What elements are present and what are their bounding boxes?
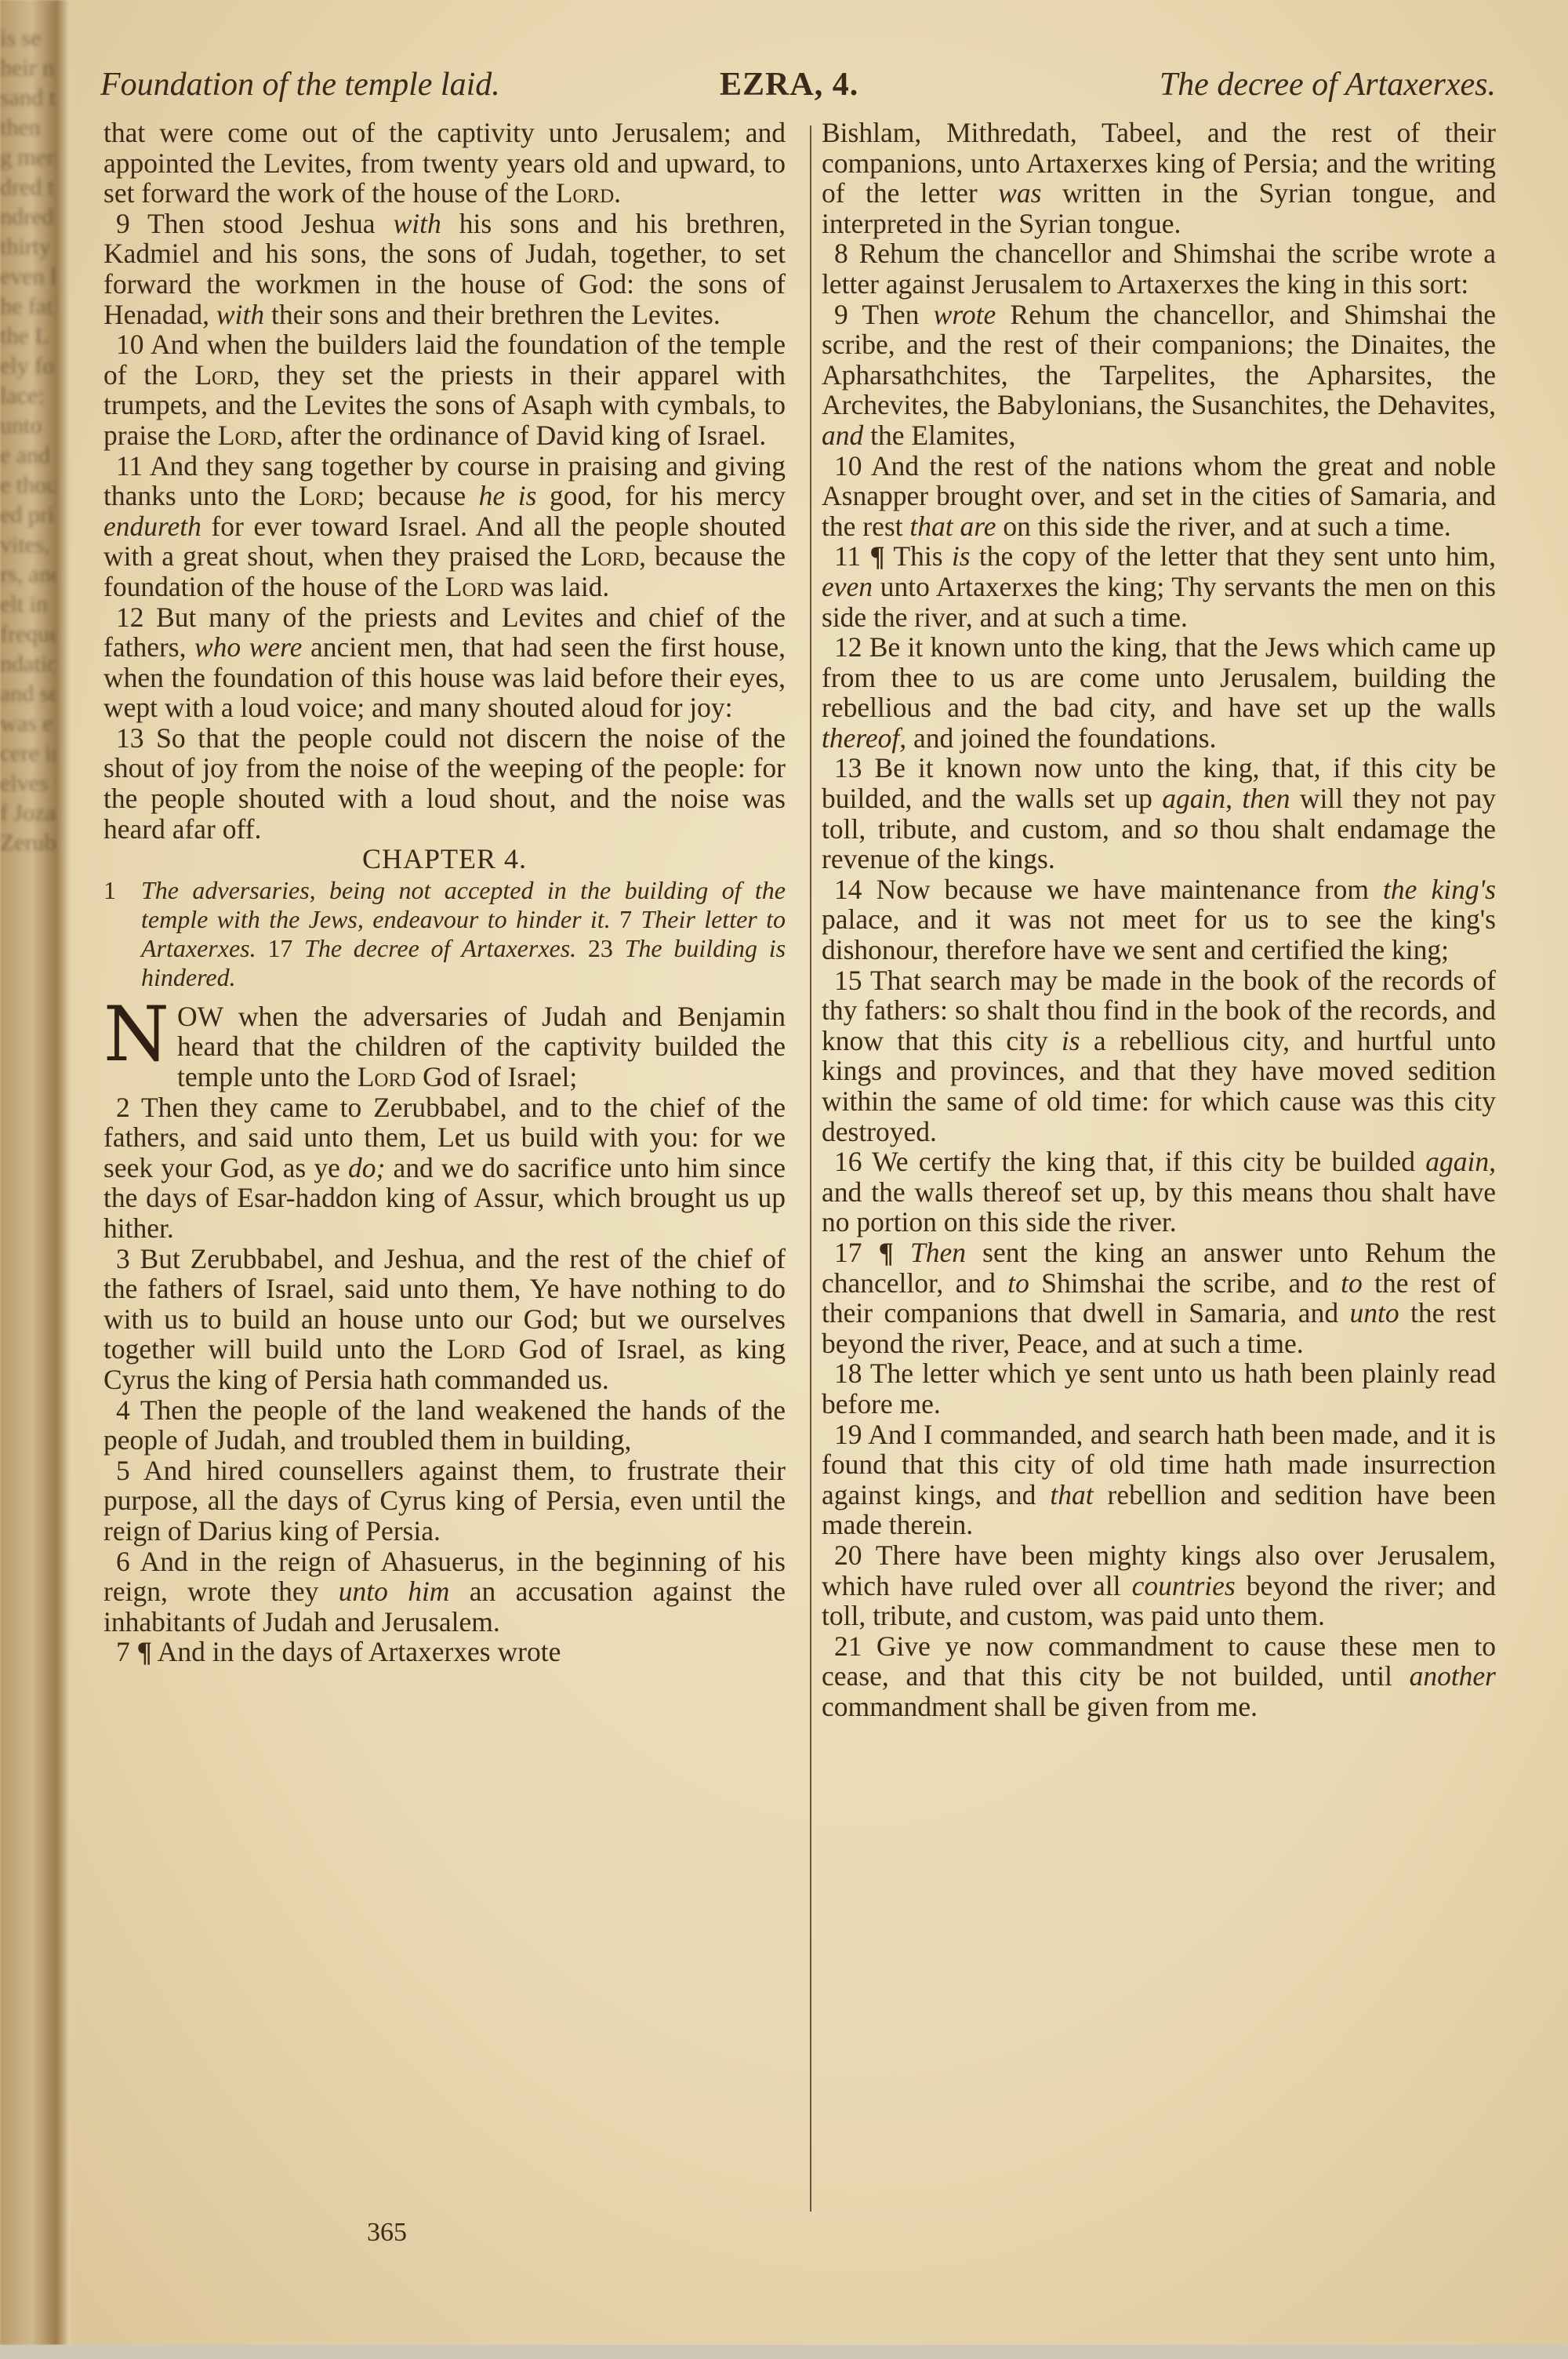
verse-3-8-continuation: that were come out of the captivity unto… [103,118,786,209]
verse-number: 19 [834,1419,862,1450]
fragment: he fath [0,292,55,322]
fragment: ely for [0,351,55,381]
fragment: elves t [0,769,55,798]
verse-number: 17 [834,1237,862,1268]
fragment: heir n [0,53,55,83]
verse-4-14: 14 Now because we have maintenance from … [822,874,1496,965]
fragment: rs, and [0,560,55,590]
verse-number: 13 [116,722,144,754]
fragment: ed pri [0,500,55,530]
left-column: that were come out of the captivity unto… [103,118,786,1667]
book-chapter-label: EZRA, 4. [720,66,858,104]
verse-4-6: 6 And in the reign of Ahasuerus, in the … [103,1547,786,1637]
verse-4-19: 19 And I commanded, and search hath been… [822,1419,1496,1540]
verse-number: 2 [116,1092,130,1123]
verse-number: 14 [834,874,862,905]
fragment: ndred h [0,202,55,232]
verse-4-1: NOW when the adversaries of Judah and Be… [103,1001,786,1092]
verse-4-4: 4 Then the people of the land weakened t… [103,1395,786,1456]
verse-4-3: 3 But Zerubbabel, and Jeshua, and the re… [103,1244,786,1395]
verse-number: 12 [834,631,862,663]
verse-3-12: 12 But many of the priests and Levites a… [103,602,786,723]
verse-number: 9 [834,299,848,330]
running-head-right: The decree of Artaxerxes. [1160,66,1496,104]
verse-3-11: 11 And they sang together by course in p… [103,451,786,602]
verse-number: 12 [116,602,144,633]
book-page: is se heir n sand t then g men dred th n… [0,0,1568,2345]
right-column: Bishlam, Mithredath, Tabeel, and the res… [822,118,1496,1721]
verse-3-9: 9 Then stood Jeshua with his sons and hi… [103,209,786,329]
verse-number: 9 [116,208,130,239]
drop-cap: N [103,1005,169,1064]
verse-4-12: 12 Be it known unto the king, that the J… [822,632,1496,753]
fragment: e thous [0,471,55,500]
fragment: elt in [0,590,55,620]
fragment: thirty [0,232,55,262]
column-divider [810,125,811,2212]
verse-4-7: 7 ¶ And in the days of Artaxerxes wrote [103,1637,786,1667]
verse-number: 11 [116,450,143,482]
verse-number: 5 [116,1455,130,1486]
verse-number: 7 [116,1636,130,1667]
verse-number: 15 [834,965,862,996]
verse-4-2: 2 Then they came to Zerubbabel, and to t… [103,1092,786,1244]
chapter-summary: 1The adversaries, being not accepted in … [103,876,786,992]
fragment: then [0,113,55,143]
verse-4-10: 10 And the rest of the nations whom the … [822,451,1496,542]
fragment: even h [0,262,55,292]
verse-number: 18 [834,1358,862,1389]
verse-4-17: 17 ¶ Then sent the king an answer unto R… [822,1238,1496,1358]
verse-number: 3 [116,1243,130,1274]
page-number: 365 [367,2218,407,2248]
verse-number: 13 [834,752,862,783]
facing-page-fragments: is se heir n sand t then g men dred th n… [0,24,55,858]
verse-number: 10 [834,450,862,482]
verse-3-10: 10 And when the builders laid the founda… [103,329,786,450]
verse-number: 16 [834,1146,862,1177]
verse-4-8: 8 Rehum the chancellor and Shimshai the … [822,238,1496,299]
verse-3-13: 13 So that the people could not discern … [103,723,786,844]
fragment: and se [0,679,55,709]
fragment: the L [0,322,55,351]
pilcrow-icon: ¶ [879,1237,894,1268]
fragment: unto [0,411,55,441]
fragment: vites, [0,530,55,560]
verse-4-13: 13 Be it known now unto the king, that, … [822,753,1496,874]
verse-number: 21 [834,1630,862,1662]
verse-4-18: 18 The letter which ye sent unto us hath… [822,1358,1496,1419]
fragment: e and [0,441,55,471]
fragment: sand t [0,83,55,113]
verse-4-5: 5 And hired counsellers against them, to… [103,1456,786,1547]
verse-number: 4 [116,1394,130,1426]
verse-number: 8 [834,238,848,269]
running-head-left: Foundation of the temple laid. [100,66,500,104]
verse-number: 10 [116,329,144,360]
fragment: dred th [0,173,55,202]
verse-4-20: 20 There have been mighty kings also ove… [822,1540,1496,1631]
verse-number: 20 [834,1539,862,1571]
fragment: Zerub [0,828,55,858]
verse-number: 11 [834,540,861,572]
verse-4-7-continuation: Bishlam, Mithredath, Tabeel, and the res… [822,118,1496,238]
verse-number: 6 [116,1546,130,1577]
fragment: was e [0,709,55,739]
running-head: Foundation of the temple laid. EZRA, 4. … [100,66,1496,113]
verse-4-15: 15 That search may be made in the book o… [822,965,1496,1147]
verse-4-21: 21 Give ye now commandment to cause thes… [822,1631,1496,1722]
fragment: ndation [0,649,55,679]
pilcrow-icon: ¶ [137,1636,152,1667]
verse-4-11: 11 ¶ This is the copy of the letter that… [822,541,1496,632]
fragment: is se [0,24,55,53]
fragment: freque [0,620,55,649]
fragment: lace: [0,381,55,411]
chapter-heading: CHAPTER 4. [103,844,786,874]
fragment: cere in [0,739,55,769]
fragment: g men [0,143,55,173]
verse-4-16: 16 We certify the king that, if this cit… [822,1147,1496,1238]
verse-4-9: 9 Then wrote Rehum the chancellor, and S… [822,300,1496,451]
pilcrow-icon: ¶ [870,540,885,572]
fragment: f Jozad [0,798,55,828]
